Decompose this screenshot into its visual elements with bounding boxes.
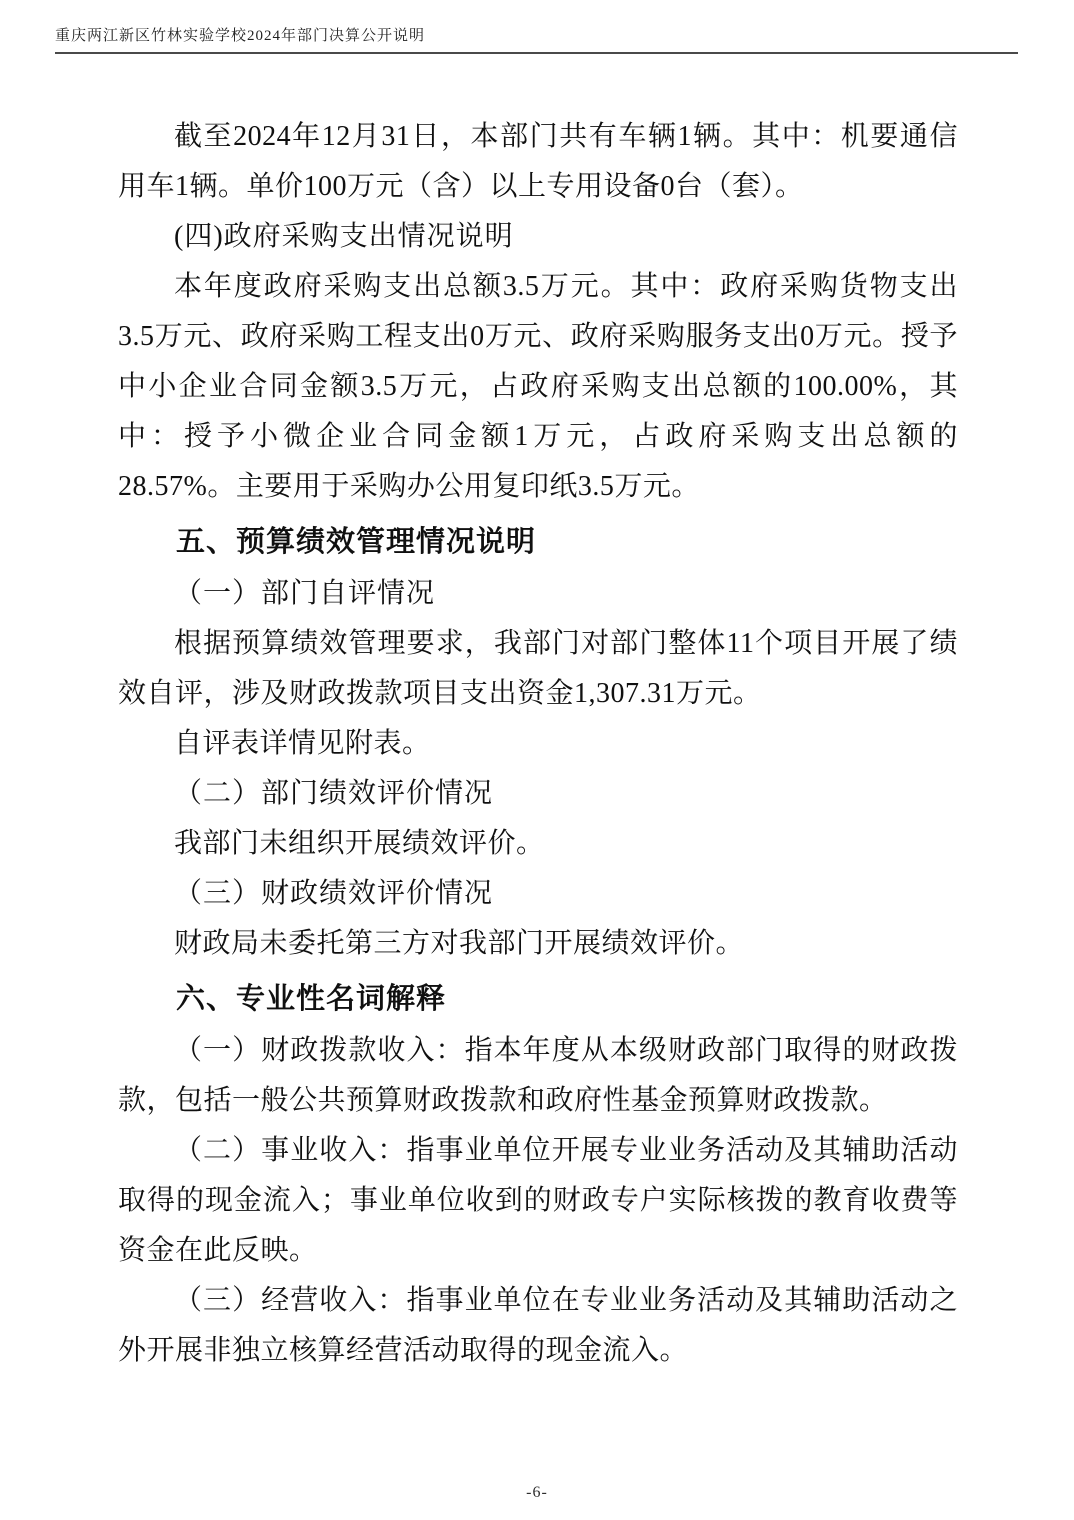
paragraph: （三）经营收入：指事业单位在专业业务活动及其辅助活动之外开展非独立核算经营活动取… bbox=[118, 1276, 958, 1376]
section-heading: （三）财政绩效评价情况 bbox=[118, 869, 958, 919]
paragraph: 根据预算绩效管理要求，我部门对部门整体11个项目开展了绩效自评，涉及财政拨款项目… bbox=[118, 619, 958, 719]
section-heading: （一）部门自评情况 bbox=[118, 569, 958, 619]
page-footer: -6- bbox=[0, 1484, 1074, 1502]
section-heading: 五、预算绩效管理情况说明 bbox=[118, 517, 958, 567]
document-header-title: 重庆两江新区竹林实验学校2024年部门决算公开说明 bbox=[55, 26, 1018, 46]
paragraph: 本年度政府采购支出总额3.5万元。其中：政府采购货物支出3.5万元、政府采购工程… bbox=[118, 262, 958, 512]
paragraph: 截至2024年12月31日，本部门共有车辆1辆。其中：机要通信用车1辆。单价10… bbox=[118, 112, 958, 212]
page-number: -6- bbox=[526, 1484, 548, 1501]
paragraph: 我部门未组织开展绩效评价。 bbox=[118, 819, 958, 869]
document-page: 重庆两江新区竹林实验学校2024年部门决算公开说明 截至2024年12月31日，… bbox=[0, 0, 1074, 1520]
paragraph: 自评表详情见附表。 bbox=[118, 719, 958, 769]
paragraph: 财政局未委托第三方对我部门开展绩效评价。 bbox=[118, 919, 958, 969]
section-heading: 六、专业性名词解释 bbox=[118, 974, 958, 1024]
section-heading: （二）部门绩效评价情况 bbox=[118, 769, 958, 819]
paragraph: （二）事业收入：指事业单位开展专业业务活动及其辅助活动取得的现金流入；事业单位收… bbox=[118, 1126, 958, 1276]
section-heading: (四)政府采购支出情况说明 bbox=[118, 212, 958, 262]
page-header: 重庆两江新区竹林实验学校2024年部门决算公开说明 bbox=[55, 26, 1018, 54]
document-body: 截至2024年12月31日，本部门共有车辆1辆。其中：机要通信用车1辆。单价10… bbox=[118, 112, 958, 1376]
paragraph: （一）财政拨款收入：指本年度从本级财政部门取得的财政拨款，包括一般公共预算财政拨… bbox=[118, 1026, 958, 1126]
